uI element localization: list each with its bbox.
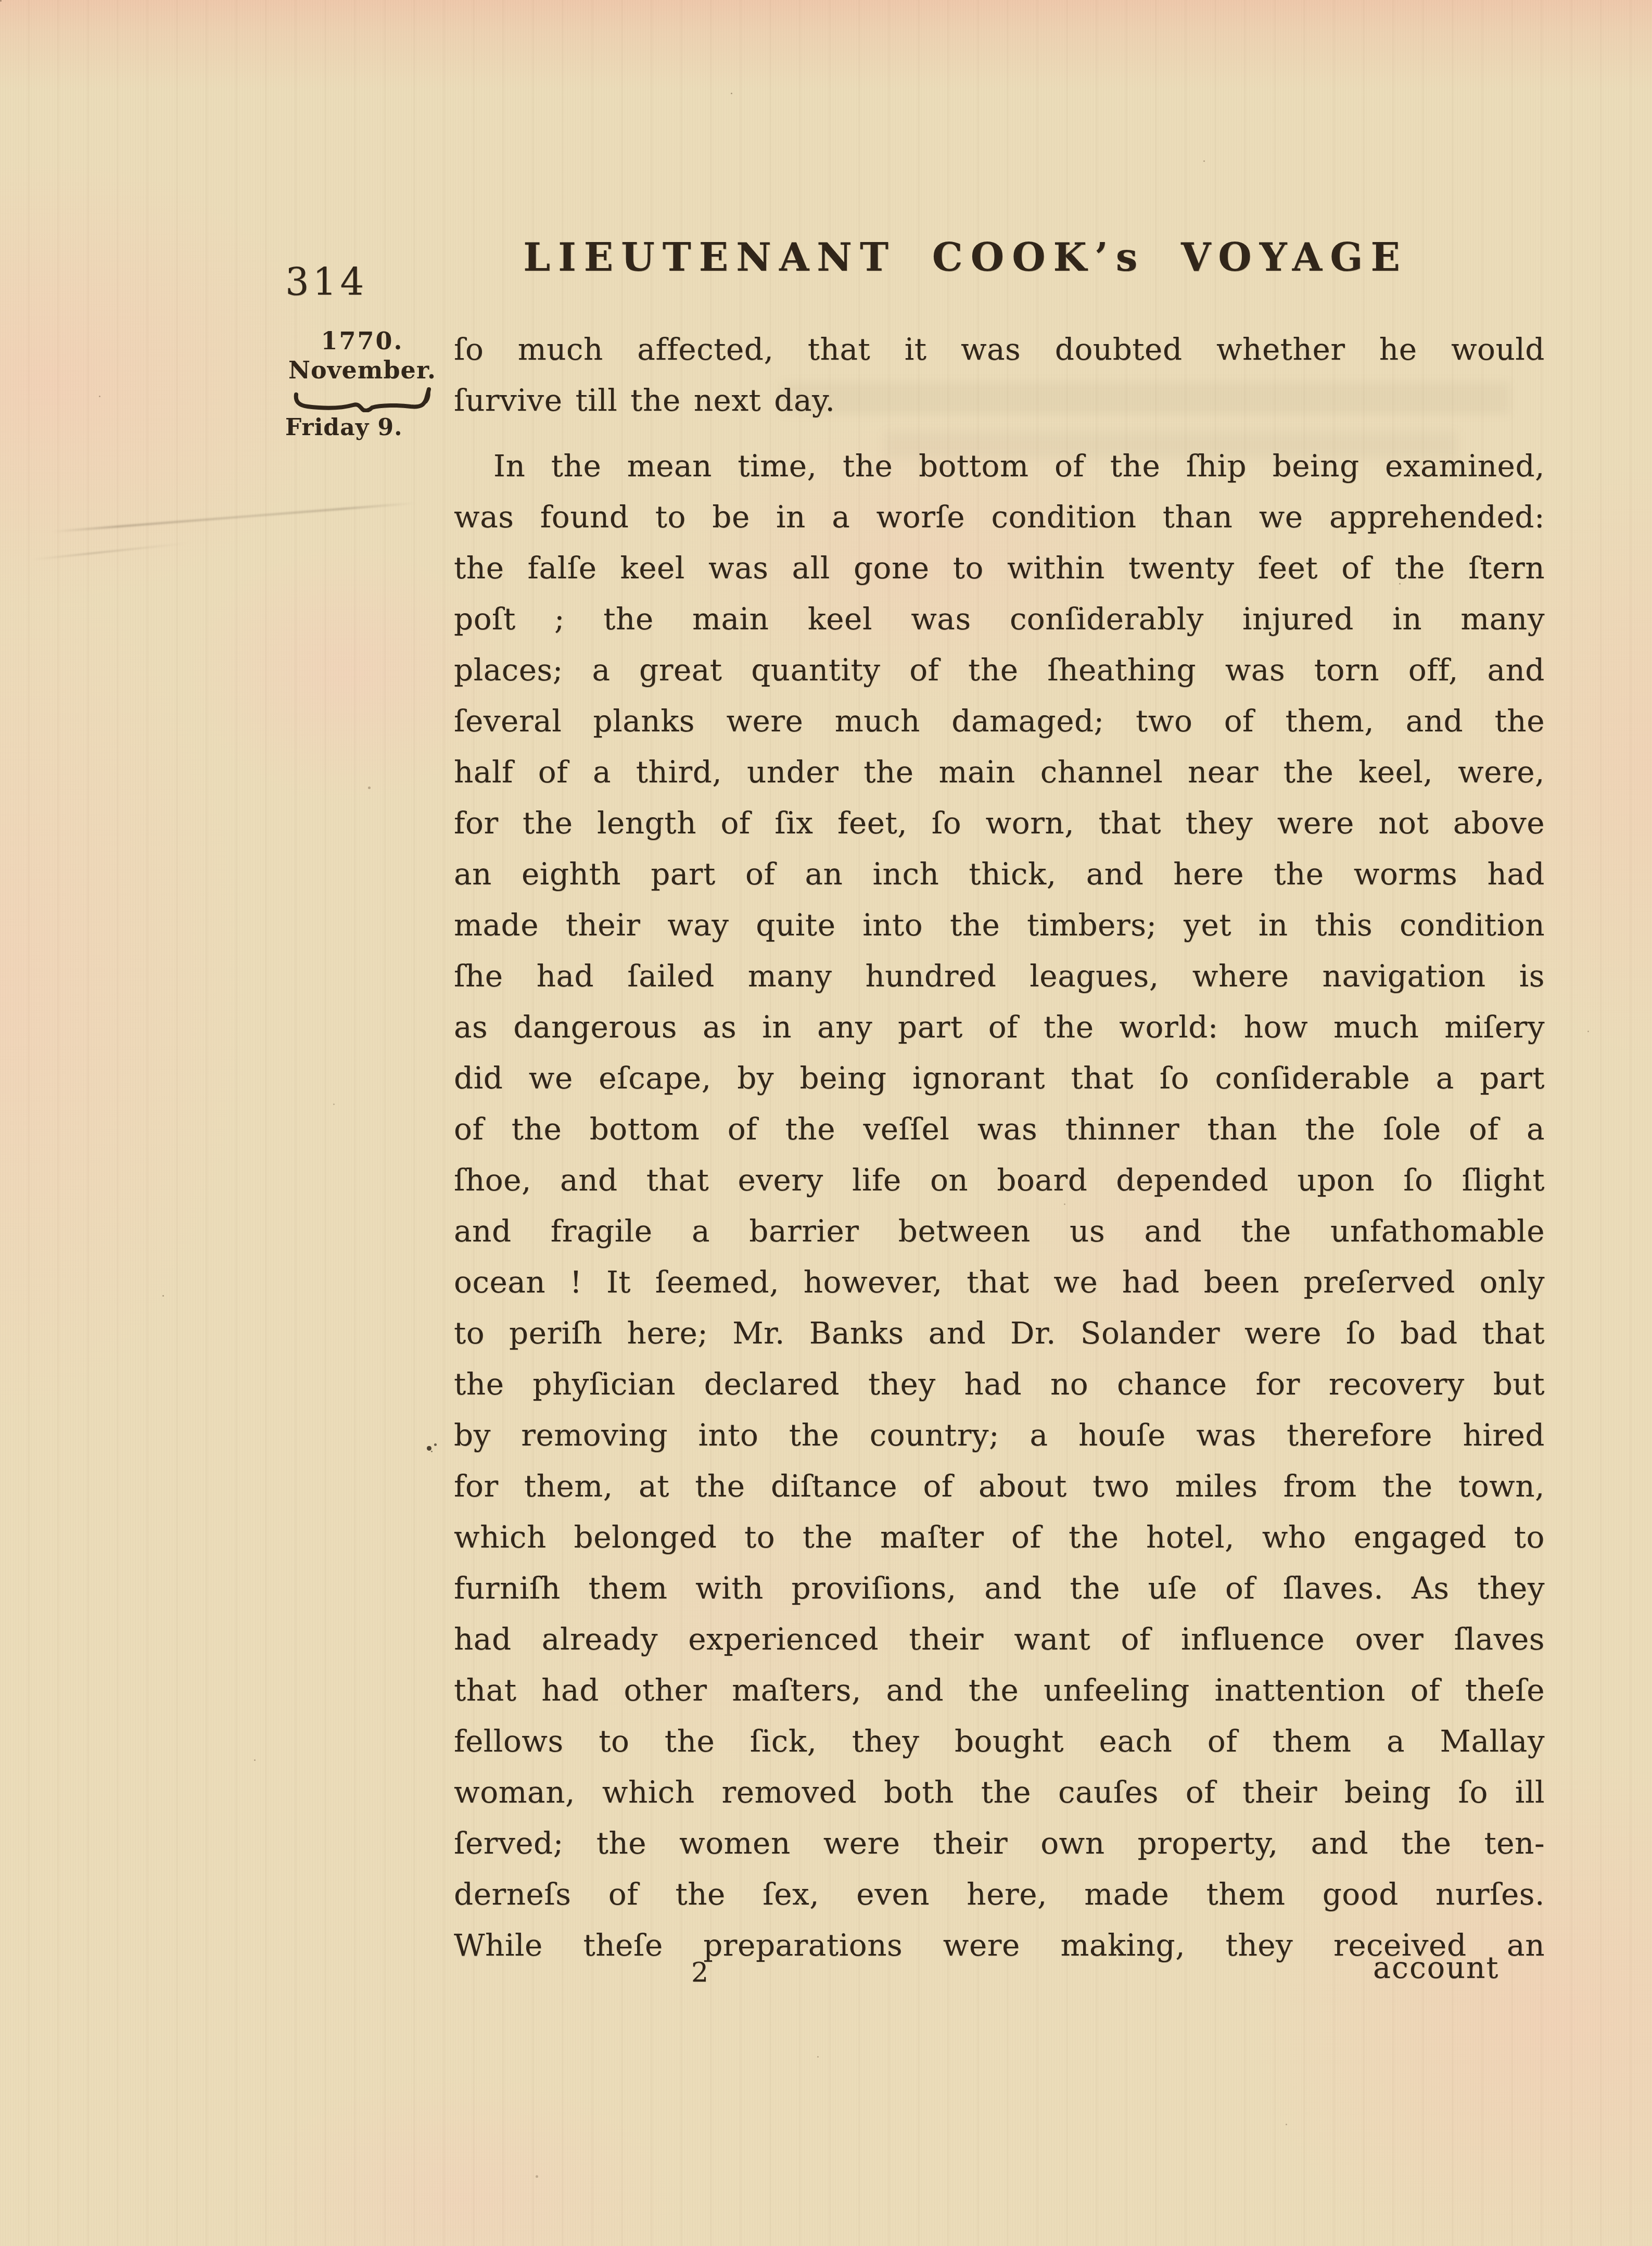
- book-page: 314 LIEUTENANT COOK’s VOYAGE 1770. Novem…: [0, 0, 1652, 2246]
- margin-note-month: November.: [285, 356, 439, 384]
- text-line: ſo much affected, that it was doubted wh…: [454, 324, 1545, 375]
- body-paragraph-2: In the mean time, the bottom of the ſhip…: [454, 440, 1545, 1971]
- pencil-scratch-mark: [32, 542, 187, 560]
- text-line: woman, which removed both the cauſes of …: [454, 1767, 1545, 1818]
- signature-mark: 2: [691, 1957, 708, 1988]
- body-paragraph-1: ſo much affected, that it was doubted wh…: [454, 324, 1545, 426]
- text-line: of the bottom of the veſſel was thinner …: [454, 1103, 1545, 1154]
- pencil-scratch-mark: [53, 502, 416, 533]
- text-line: as dangerous as in any part of the world…: [454, 1001, 1545, 1052]
- text-line: which belonged to the maſter of the hote…: [454, 1512, 1545, 1563]
- text-line: the falſe keel was all gone to within tw…: [454, 542, 1545, 593]
- text-line: ſurvive till the next day.: [454, 375, 1545, 426]
- text-line: for them, at the diſtance of about two m…: [454, 1461, 1545, 1512]
- text-line: an eighth part of an inch thick, and her…: [454, 848, 1545, 899]
- text-line: for the length of ſix feet, ſo worn, tha…: [454, 797, 1545, 848]
- date-margin-notes: 1770. November. Friday 9.: [285, 327, 439, 441]
- text-line: did we eſcape, by being ignorant that ſo…: [454, 1052, 1545, 1103]
- text-line: that had other maſters, and the unfeelin…: [454, 1665, 1545, 1716]
- text-line: fellows to the ſick, they bought each of…: [454, 1716, 1545, 1767]
- text-line: ſerved; the women were their own propert…: [454, 1818, 1545, 1869]
- margin-note-year: 1770.: [285, 327, 439, 355]
- text-line: and fragile a barrier between us and the…: [454, 1206, 1545, 1257]
- text-line: In the mean time, the bottom of the ſhip…: [454, 440, 1545, 491]
- date-brace-swash: [292, 386, 433, 412]
- text-line: poſt ; the main keel was conſiderably in…: [454, 593, 1545, 644]
- ink-fleck-mark: [427, 1446, 431, 1451]
- catchword: account: [1373, 1951, 1499, 1985]
- text-line: places; a great quantity of the ſheathin…: [454, 644, 1545, 695]
- text-line: the phyſician declared they had no chanc…: [454, 1359, 1545, 1410]
- text-line: furniſh them with proviſions, and the uſ…: [454, 1563, 1545, 1614]
- text-line: made their way quite into the timbers; y…: [454, 899, 1545, 950]
- margin-note-day: Friday 9.: [285, 414, 439, 441]
- text-line: ſhe had ſailed many hundred leagues, whe…: [454, 950, 1545, 1001]
- text-line: ſeveral planks were much damaged; two of…: [454, 695, 1545, 746]
- text-line: to periſh here; Mr. Banks and Dr. Soland…: [454, 1308, 1545, 1359]
- text-line: by removing into the country; a houſe wa…: [454, 1410, 1545, 1461]
- text-line: ſhoe, and that every life on board depen…: [454, 1154, 1545, 1206]
- text-line: derneſs of the ſex, even here, made them…: [454, 1869, 1545, 1920]
- text-line: had already experienced their want of in…: [454, 1614, 1545, 1665]
- text-line: half of a third, under the main channel …: [454, 746, 1545, 797]
- page-number: 314: [285, 260, 367, 304]
- running-header: LIEUTENANT COOK’s VOYAGE: [416, 235, 1515, 280]
- text-line: was found to be in a worſe condition tha…: [454, 491, 1545, 542]
- text-line: ocean ! It ſeemed, however, that we had …: [454, 1257, 1545, 1308]
- paper-specks: [0, 0, 2, 2]
